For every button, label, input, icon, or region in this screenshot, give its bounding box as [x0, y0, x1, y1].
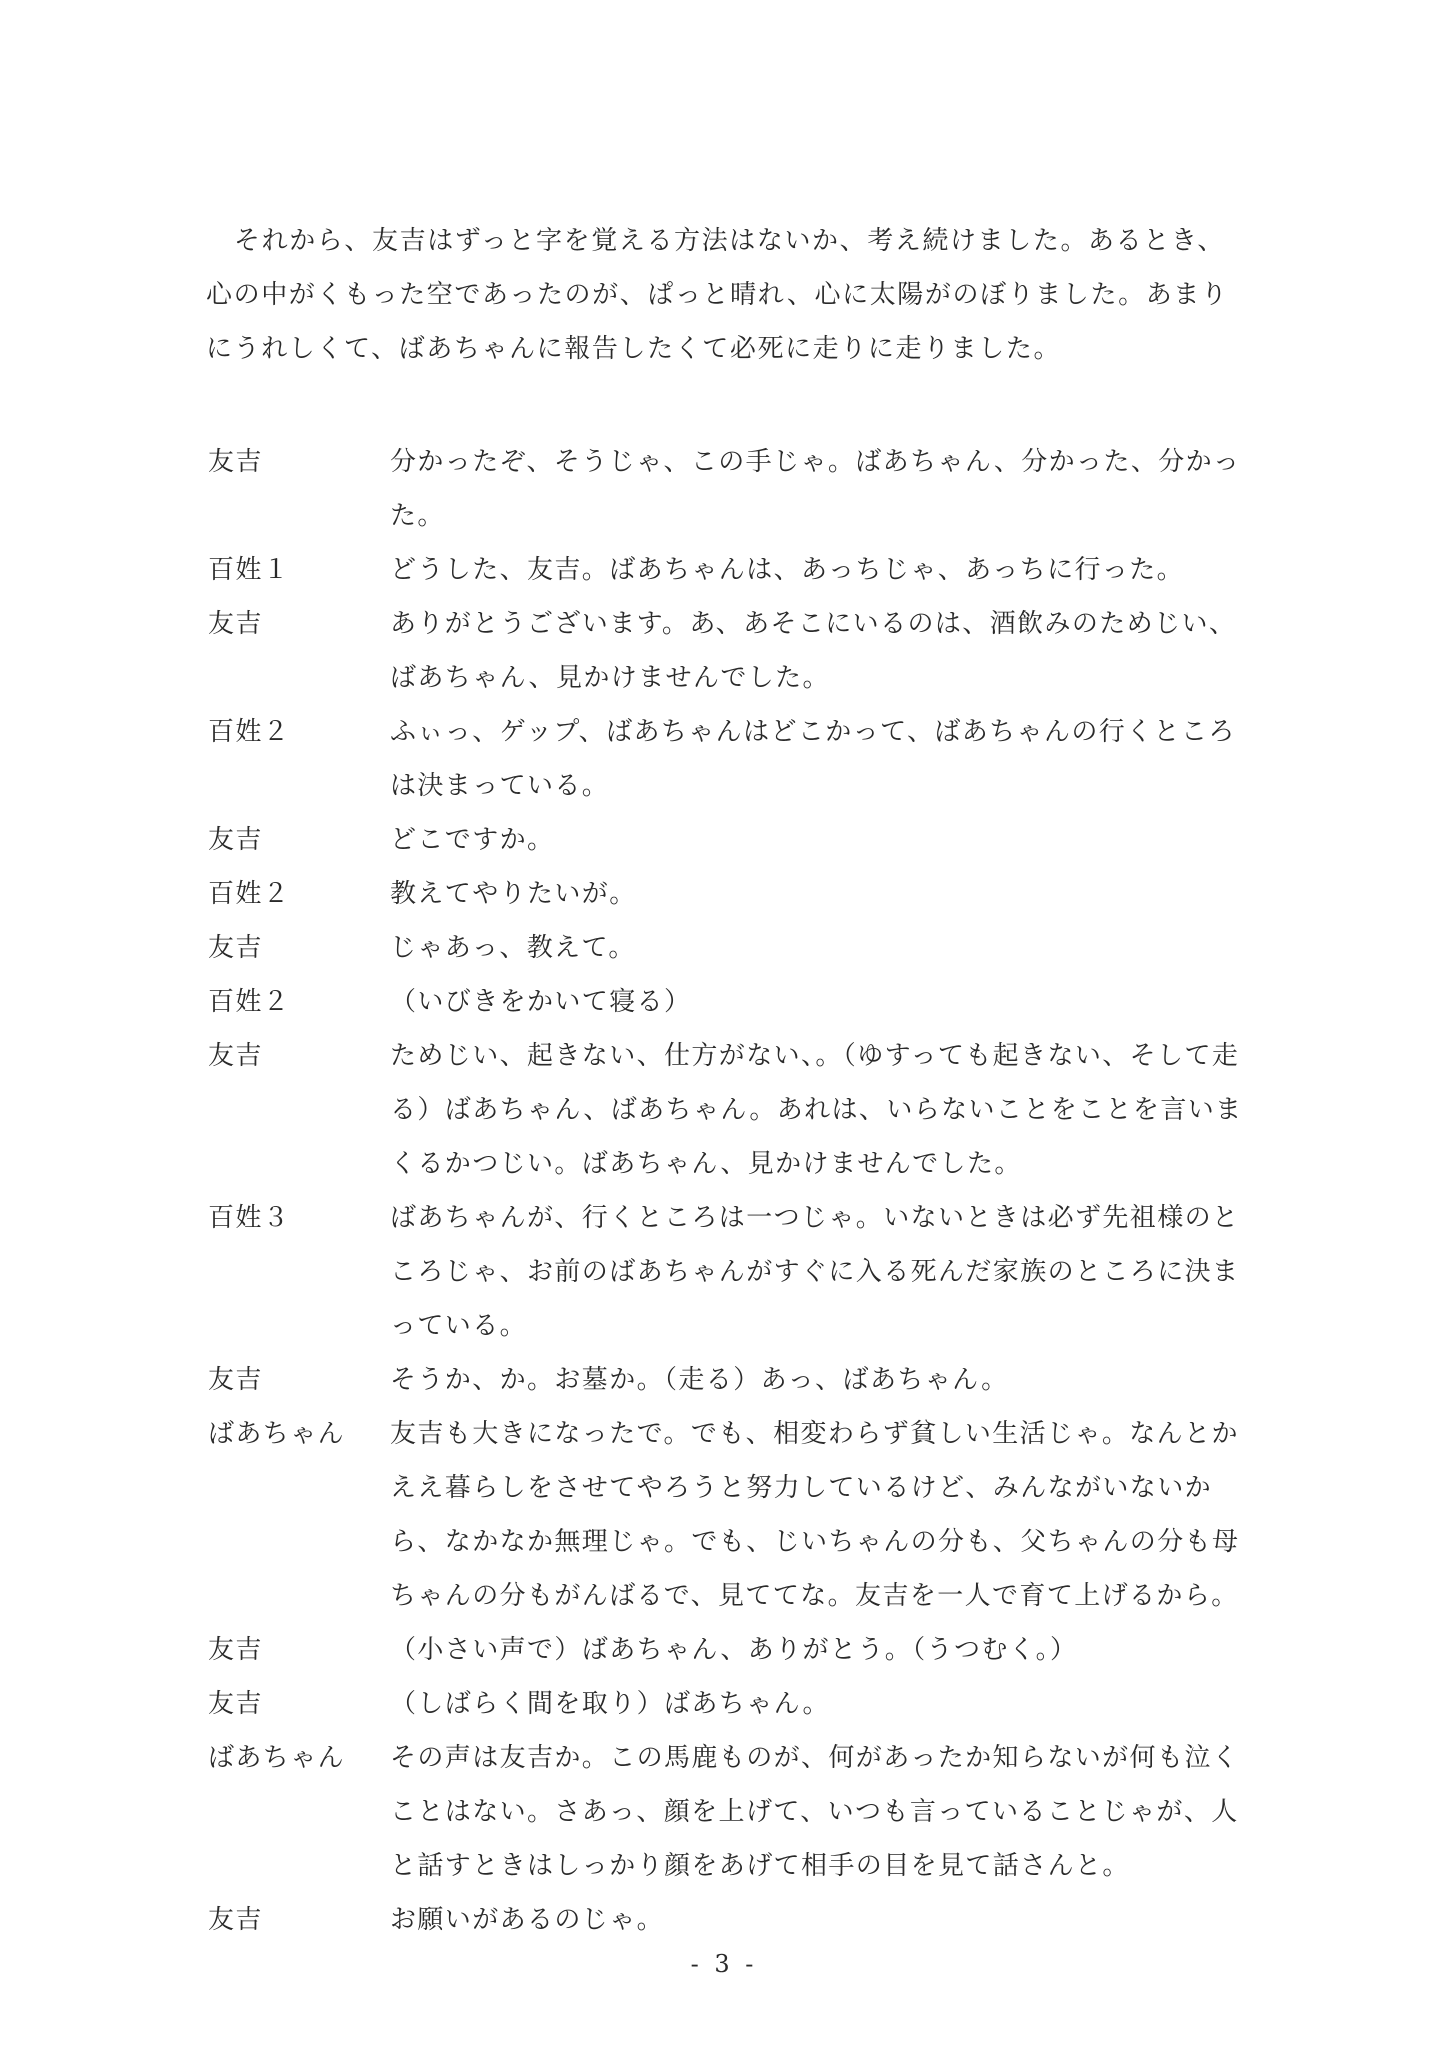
dialogue-entry: 友吉 （しばらく間を取り）ばあちゃん。: [208, 1677, 1248, 1731]
dialogue-entry: 友吉 じゃあっ、教えて。: [208, 921, 1248, 975]
dialogue-line: 友吉も大きになったで。でも、相変わらず貧しい生活じゃ。なんとかええ暮らしをさせて…: [390, 1407, 1248, 1623]
dialogue-entry: 百姓３ ばあちゃんが、行くところは一つじゃ。いないときは必ず先祖様のところじゃ、…: [208, 1191, 1248, 1353]
dialogue-entry: 友吉 （小さい声で）ばあちゃん、ありがとう。（うつむく。）: [208, 1623, 1248, 1677]
dialogue-line: ありがとうございます。あ、あそこにいるのは、酒飲みのためじい、ばあちゃん、見かけ…: [390, 597, 1248, 705]
dialogue-line: どこですか。: [390, 813, 1248, 867]
document-page: それから、友吉はずっと字を覚える方法はないか、考え続けました。あるとき、心の中が…: [0, 0, 1448, 2048]
dialogue-line: そうか、か。お墓か。（走る）あっ、ばあちゃん。: [390, 1353, 1248, 1407]
dialogue-line: ばあちゃんが、行くところは一つじゃ。いないときは必ず先祖様のところじゃ、お前のば…: [390, 1191, 1248, 1353]
speaker-name: 友吉: [208, 1677, 390, 1731]
speaker-name: 百姓１: [208, 543, 390, 597]
dialogue-line: ふぃっ、ゲップ、ばあちゃんはどこかって、ばあちゃんの行くところは決まっている。: [390, 705, 1248, 813]
narration-text: それから、友吉はずっと字を覚える方法はないか、考え続けました。あるとき、心の中が…: [206, 214, 1246, 376]
dialogue-entry: 百姓１ どうした、友吉。ばあちゃんは、あっちじゃ、あっちに行った。: [208, 543, 1248, 597]
dialogue-line: その声は友吉か。この馬鹿ものが、何があったか知らないが何も泣くことはない。さあっ…: [390, 1731, 1248, 1893]
dialogue-line: ためじい、起きない、仕方がない、。（ゆすっても起きない、そして走る）ばあちゃん、…: [390, 1029, 1248, 1191]
speaker-name: 百姓２: [208, 867, 390, 921]
dialogue-list: 友吉 分かったぞ、そうじゃ、この手じゃ。ばあちゃん、分かった、分かった。 百姓１…: [208, 435, 1248, 1947]
dialogue-entry: 友吉 ありがとうございます。あ、あそこにいるのは、酒飲みのためじい、ばあちゃん、…: [208, 597, 1248, 705]
speaker-name: 友吉: [208, 1353, 390, 1407]
dialogue-entry: 百姓２ （いびきをかいて寝る）: [208, 975, 1248, 1029]
narration-paragraph: それから、友吉はずっと字を覚える方法はないか、考え続けました。あるとき、心の中が…: [206, 214, 1246, 376]
speaker-name: 友吉: [208, 921, 390, 975]
dialogue-entry: ばあちゃん その声は友吉か。この馬鹿ものが、何があったか知らないが何も泣くことは…: [208, 1731, 1248, 1893]
dialogue-line: 分かったぞ、そうじゃ、この手じゃ。ばあちゃん、分かった、分かった。: [390, 435, 1248, 543]
speaker-name: ばあちゃん: [208, 1731, 390, 1893]
speaker-name: ばあちゃん: [208, 1407, 390, 1623]
dialogue-line: どうした、友吉。ばあちゃんは、あっちじゃ、あっちに行った。: [390, 543, 1248, 597]
dialogue-entry: 友吉 そうか、か。お墓か。（走る）あっ、ばあちゃん。: [208, 1353, 1248, 1407]
speaker-name: 百姓２: [208, 975, 390, 1029]
dialogue-entry: 百姓２ 教えてやりたいが。: [208, 867, 1248, 921]
stage-direction: （いびきをかいて寝る）: [390, 975, 1248, 1029]
dialogue-line: 教えてやりたいが。: [390, 867, 1248, 921]
dialogue-line: （しばらく間を取り）ばあちゃん。: [390, 1677, 1248, 1731]
speaker-name: 友吉: [208, 813, 390, 867]
page-number: - 3 -: [0, 1950, 1448, 1978]
dialogue-line: じゃあっ、教えて。: [390, 921, 1248, 975]
dialogue-line: （小さい声で）ばあちゃん、ありがとう。（うつむく。）: [390, 1623, 1248, 1677]
dialogue-entry: 友吉 ためじい、起きない、仕方がない、。（ゆすっても起きない、そして走る）ばあち…: [208, 1029, 1248, 1191]
dialogue-entry: 百姓２ ふぃっ、ゲップ、ばあちゃんはどこかって、ばあちゃんの行くところは決まって…: [208, 705, 1248, 813]
speaker-name: 友吉: [208, 1623, 390, 1677]
dialogue-entry: 友吉 お願いがあるのじゃ。: [208, 1893, 1248, 1947]
dialogue-entry: 友吉 分かったぞ、そうじゃ、この手じゃ。ばあちゃん、分かった、分かった。: [208, 435, 1248, 543]
dialogue-entry: ばあちゃん 友吉も大きになったで。でも、相変わらず貧しい生活じゃ。なんとかええ暮…: [208, 1407, 1248, 1623]
speaker-name: 友吉: [208, 1893, 390, 1947]
speaker-name: 友吉: [208, 1029, 390, 1191]
speaker-name: 友吉: [208, 435, 390, 543]
speaker-name: 百姓２: [208, 705, 390, 813]
speaker-name: 百姓３: [208, 1191, 390, 1353]
dialogue-line: お願いがあるのじゃ。: [390, 1893, 1248, 1947]
speaker-name: 友吉: [208, 597, 390, 705]
dialogue-entry: 友吉 どこですか。: [208, 813, 1248, 867]
